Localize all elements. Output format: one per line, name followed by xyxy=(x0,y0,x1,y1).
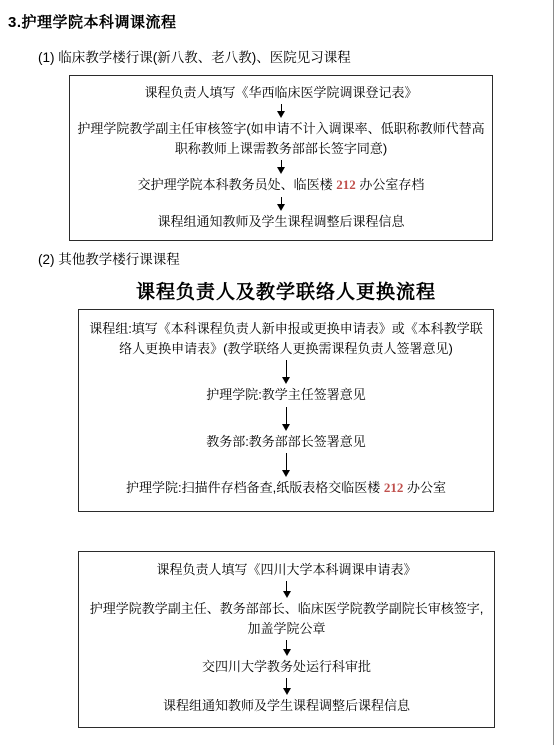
flow-step: 护理学院:教学主任签署意见 xyxy=(84,385,488,405)
down-arrow-icon xyxy=(277,159,285,175)
room-number: 212 xyxy=(336,177,356,192)
flow-step: 课程组:填写《本科课程负责人新申报或更换申请表》或《本科教学联络人更换申请表》(… xyxy=(84,319,488,359)
flow-step: 课程组通知教师及学生课程调整后课程信息 xyxy=(84,696,489,716)
down-arrow-icon xyxy=(283,580,291,598)
document-page: 3.护理学院本科调课流程 (1) 临床教学楼行课(新八教、老八教)、医院见习课程… xyxy=(0,0,554,745)
flow-step: 护理学院:扫描件存档备查,纸版表格交临医楼 212 办公室 xyxy=(84,478,488,498)
subsection-2-label: (2) 其他教学楼行课课程 xyxy=(38,248,180,268)
flow-step: 课程负责人填写《四川大学本科调课申请表》 xyxy=(84,560,489,580)
flowchart-box-leader-change: 课程组:填写《本科课程负责人新申报或更换申请表》或《本科教学联络人更换申请表》(… xyxy=(78,309,494,512)
flow-step: 护理学院教学副主任审核签字(如申请不计入调课率、低职称教师代替高职称教师上课需教… xyxy=(75,119,487,159)
flow-step: 交护理学院本科教务员处、临医楼 212 办公室存档 xyxy=(75,175,487,195)
flow-step: 教务部:教务部部长签署意见 xyxy=(84,432,488,452)
flowchart-box-scu-adjustment: 课程负责人填写《四川大学本科调课申请表》护理学院教学副主任、教务部部长、临床医学… xyxy=(78,551,495,728)
flow-step: 课程组通知教师及学生课程调整后课程信息 xyxy=(75,212,487,232)
room-number: 212 xyxy=(384,480,404,495)
section-heading: 3.护理学院本科调课流程 xyxy=(8,11,177,32)
down-arrow-icon xyxy=(283,639,291,657)
down-arrow-icon xyxy=(277,103,285,119)
flow-step: 交四川大学教务处运行科审批 xyxy=(84,657,489,677)
down-arrow-icon xyxy=(282,359,290,385)
down-arrow-icon xyxy=(283,677,291,695)
down-arrow-icon xyxy=(282,452,290,478)
flowchart-2-heading: 课程负责人及教学联络人更换流程 xyxy=(78,277,494,304)
flow-step: 课程负责人填写《华西临床医学院调课登记表》 xyxy=(75,83,487,103)
flow-step: 护理学院教学副主任、教务部部长、临床医学院教学副院长审核签字,加盖学院公章 xyxy=(84,599,489,639)
down-arrow-icon xyxy=(277,196,285,212)
subsection-1-label: (1) 临床教学楼行课(新八教、老八教)、医院见习课程 xyxy=(38,46,351,66)
down-arrow-icon xyxy=(282,406,290,432)
flowchart-box-clinical-building: 课程负责人填写《华西临床医学院调课登记表》护理学院教学副主任审核签字(如申请不计… xyxy=(69,75,493,241)
